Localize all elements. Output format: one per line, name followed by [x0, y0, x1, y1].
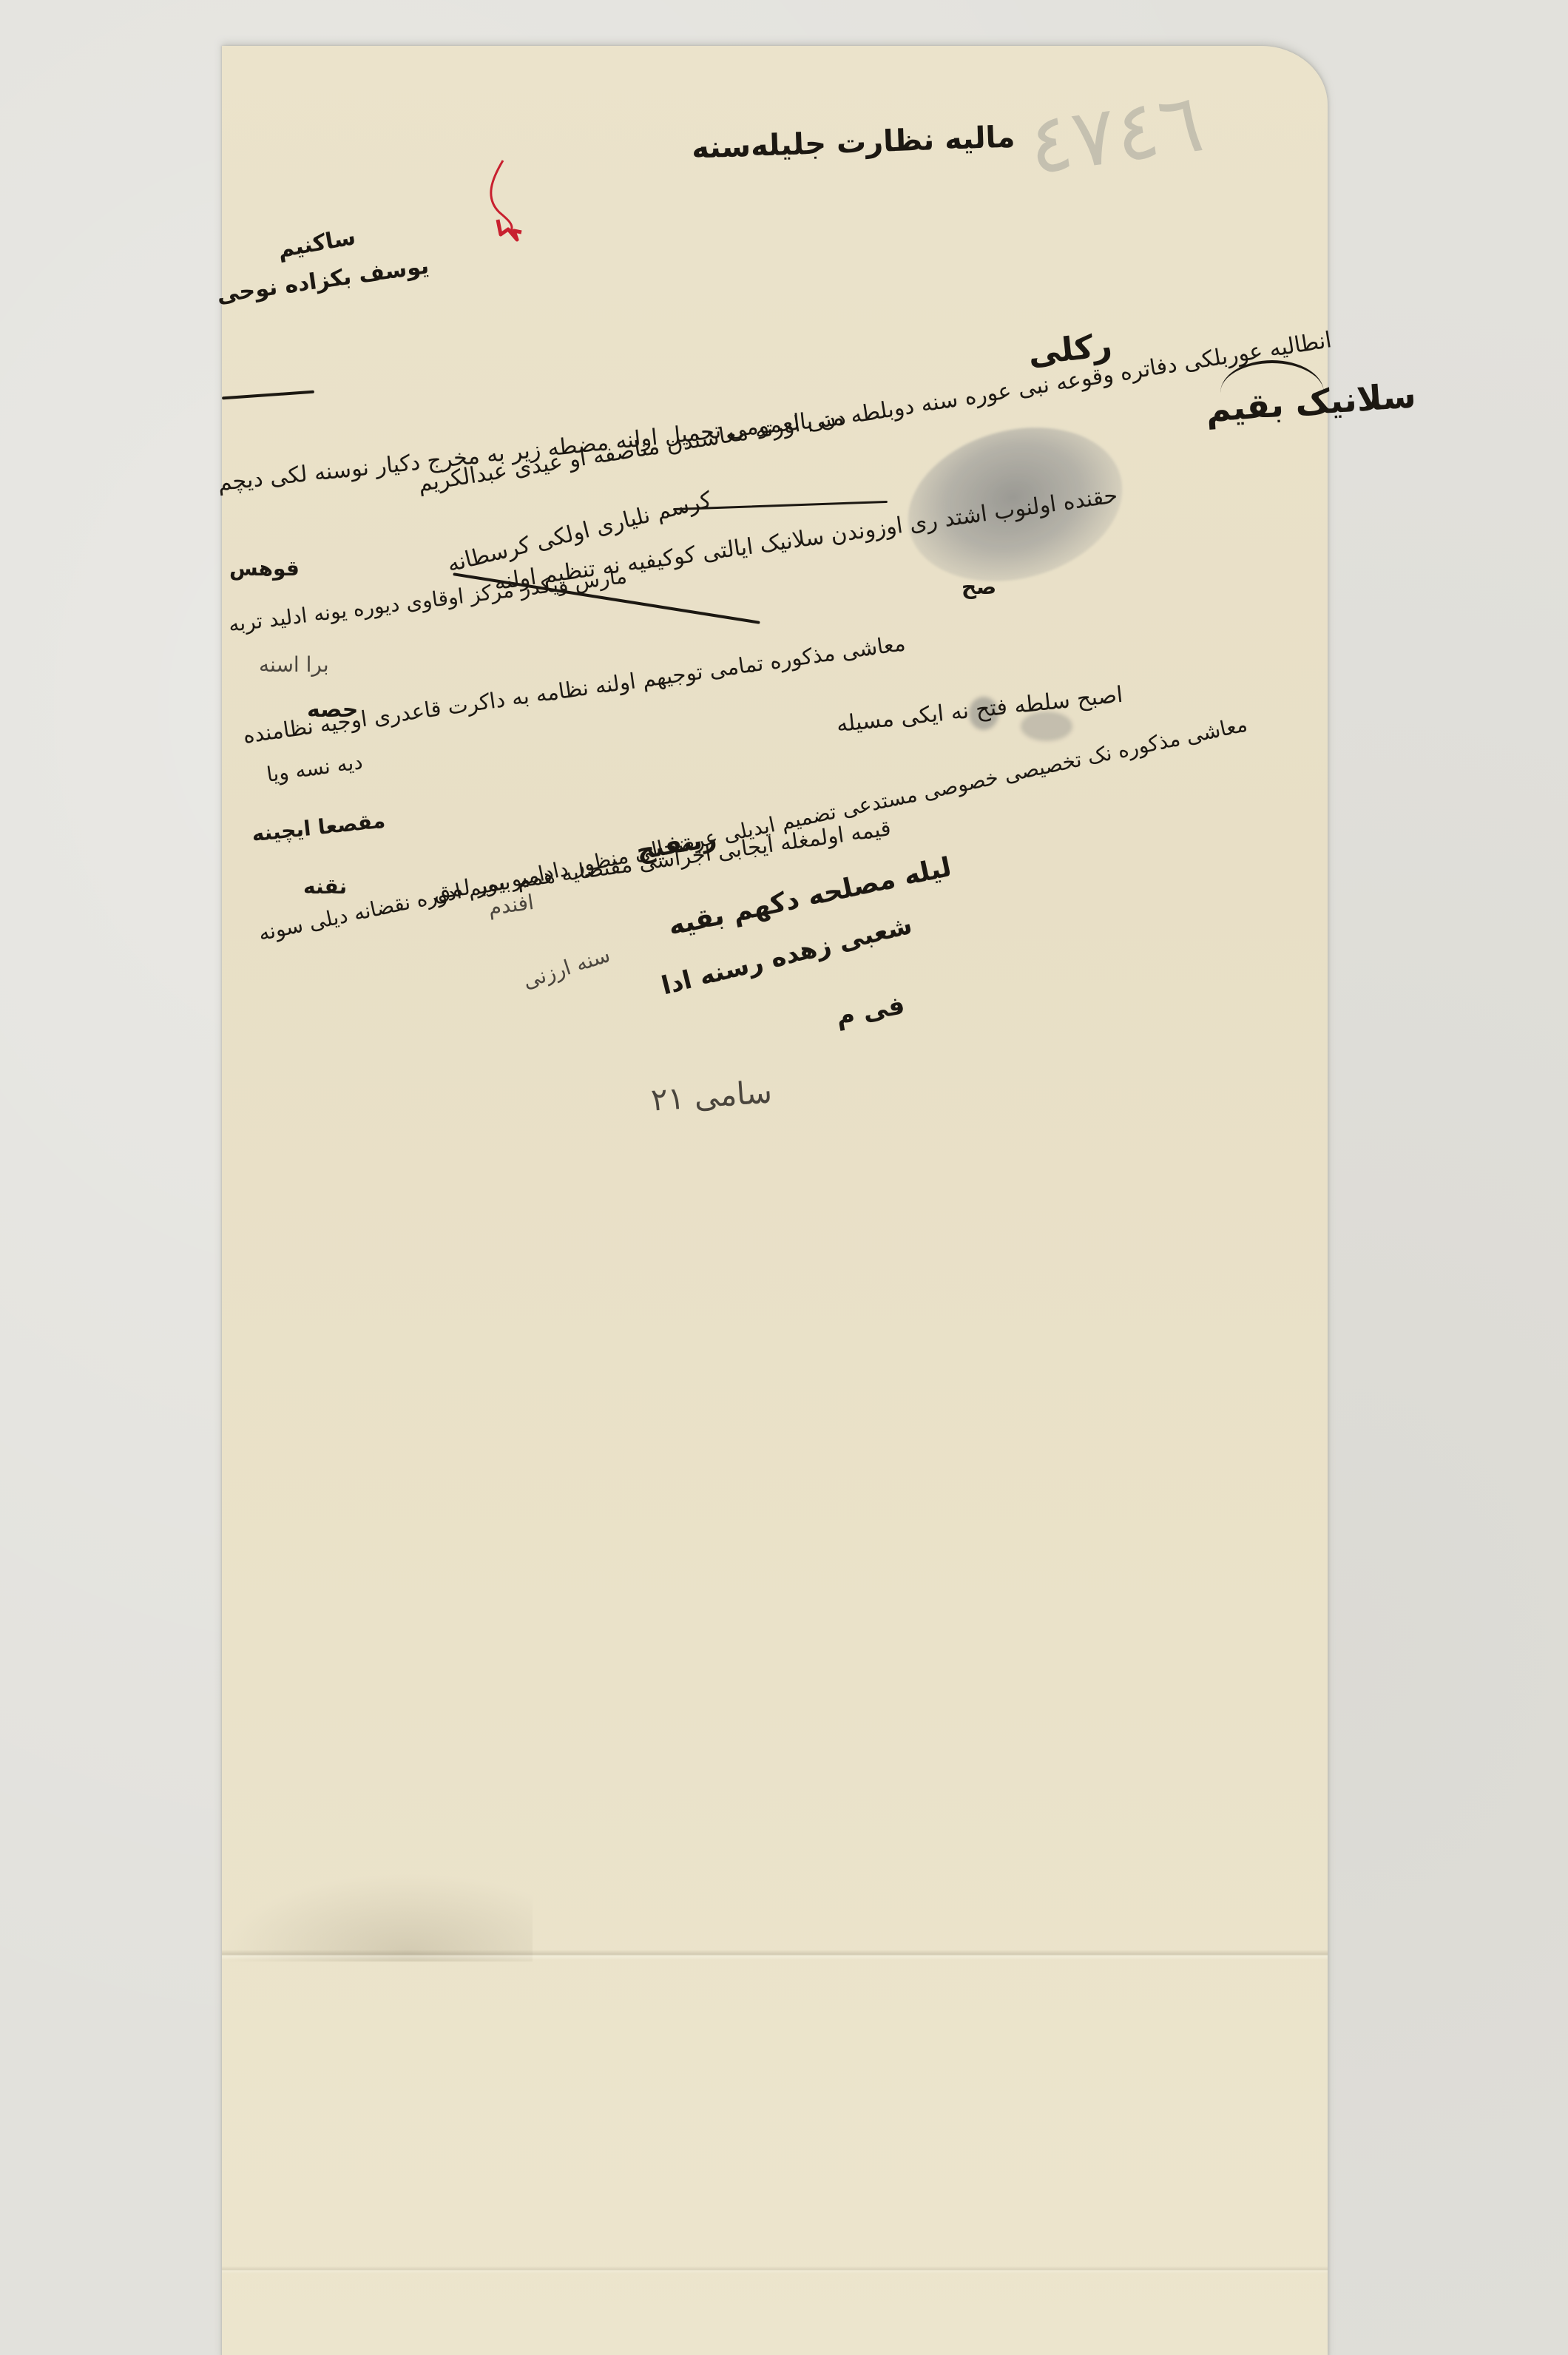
strikethrough-mark — [222, 391, 314, 400]
margin-note: دیه نسه ویا — [265, 749, 364, 787]
body-line-5: معاشی مذکوره تمامی توجیهم اولنه نظامه به… — [241, 630, 907, 748]
insert-word-top: ساکنیم — [276, 224, 358, 263]
manuscript-page: ٤٧٤٦ مالیه نظارت جلیله‌سنه ساکنیم یوسف ب… — [222, 46, 1328, 2355]
date-note-line-2: سنه ارزنی — [520, 942, 613, 993]
pencil-archive-number: ٤٧٤٦ — [1022, 75, 1209, 193]
margin-note: نقنه — [303, 874, 347, 899]
signature: سامی ۲۱ — [649, 1073, 773, 1118]
margin-note: قوهس — [229, 556, 300, 581]
margin-note: برا اسنه — [259, 652, 329, 677]
date-note-line-1: افندم — [487, 890, 535, 920]
closing-line-4: فی م — [834, 990, 907, 1032]
fold-line-lower — [222, 2266, 1328, 2274]
body-line-1: انطالیه عوربلکی دفاتره وقوعه نبی عوره سن… — [416, 327, 1334, 497]
correction-mark: صح — [962, 575, 996, 599]
margin-note: مقصعا ایچینه — [251, 808, 387, 847]
heading-addressee: مالیه نظارت جلیله‌سنه — [691, 120, 1016, 165]
crease-shadow — [222, 1873, 533, 1962]
margin-note: حصه — [307, 697, 358, 723]
insert-name-line: یوسف بکزاده نوحی — [215, 253, 430, 308]
red-check-mark-icon — [484, 157, 536, 246]
fold-line-upper — [222, 1950, 1328, 1960]
body-line-2: دن بالعمومی تحمیل اولنه مضطه زیر به مخرج… — [217, 405, 847, 496]
